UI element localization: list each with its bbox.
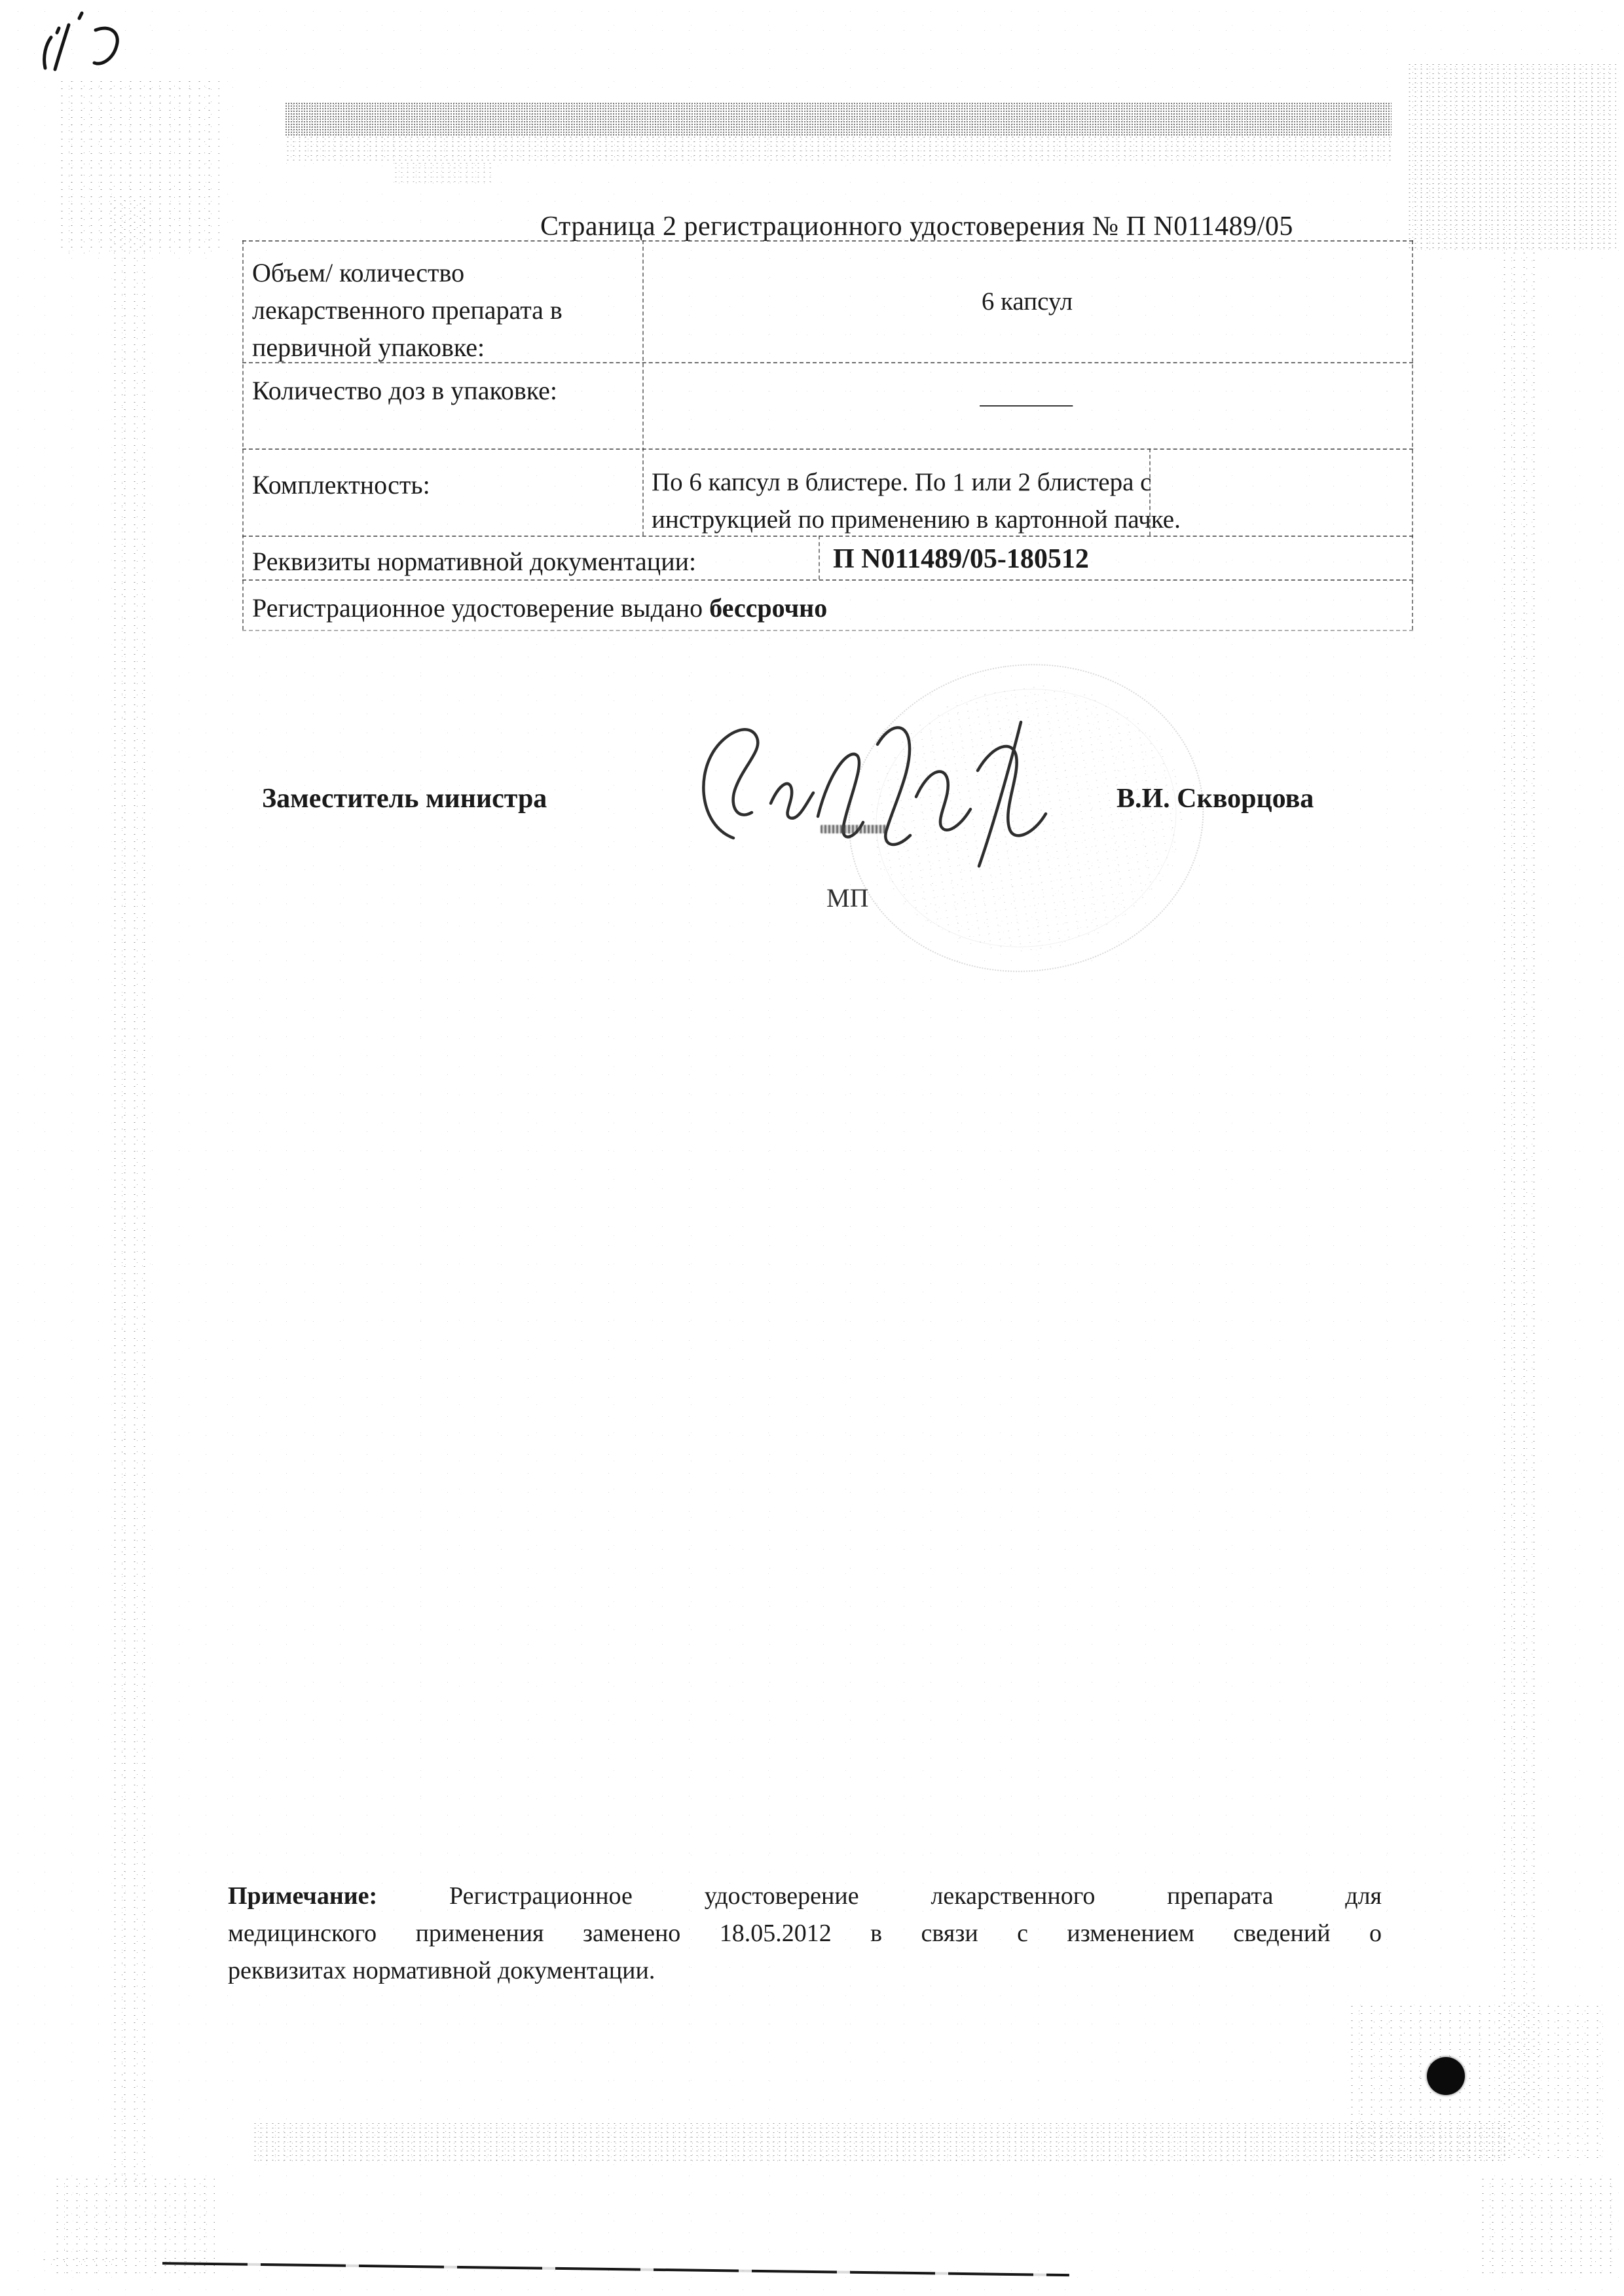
table-row-value: П N011489/05-180512 — [833, 541, 1089, 578]
table-border-line — [1412, 240, 1413, 630]
table-border-line — [242, 630, 1413, 631]
table-row-issued-line: Регистрационное удостоверение выдано бес… — [252, 589, 827, 627]
table-row-label: Реквизиты нормативной документации: — [252, 543, 696, 580]
border-ornament-top-band — [285, 102, 1392, 136]
table-border-line — [819, 536, 820, 579]
certificate-scan-page: Страница 2 регистрационного удостоверени… — [0, 0, 1624, 2296]
note-text: Регистрационное удостоверение лекарствен… — [449, 1882, 1382, 1910]
border-ornament-top-right — [1407, 62, 1616, 252]
table-row-label: лекарственного препарата в — [252, 291, 563, 329]
border-ornament-right-strip — [1498, 249, 1539, 2160]
illegible-micro-text — [821, 825, 886, 833]
issued-text: Регистрационное удостоверение выдано — [252, 593, 703, 623]
note-line: Примечание: Регистрационное удостоверени… — [228, 1878, 1382, 1914]
border-ornament-blob — [393, 161, 491, 185]
handwritten-mark — [16, 5, 147, 77]
stamp-place-mark: МП — [826, 883, 868, 913]
note-label: Примечание: — [228, 1882, 377, 1910]
table-row-value-dash: — — [980, 385, 1006, 422]
table-row-label: Комплектность: — [252, 466, 430, 503]
border-ornament-bottom-band — [252, 2121, 1506, 2162]
signature-scribble — [678, 704, 1103, 881]
border-ornament-top-band-soft — [285, 135, 1392, 162]
table-row-label: первичной упаковке: — [252, 329, 485, 366]
signer-name: В.И. Скворцова — [1116, 783, 1314, 814]
table-border-line — [242, 240, 244, 630]
ink-dot — [1427, 2057, 1465, 2095]
note-line: реквизитах нормативной документации. — [228, 1952, 1382, 1989]
table-row-value: По 6 капсул в блистере. По 1 или 2 блист… — [652, 464, 1151, 501]
signer-title: Заместитель министра — [262, 783, 547, 814]
table-row-label: Количество доз в упаковке: — [252, 372, 557, 409]
ink-dot-noise-halo — [1346, 2002, 1604, 2162]
table-row-label: Объем/ количество — [252, 254, 464, 291]
border-ornament-left-strip — [109, 196, 147, 2187]
table-border-line — [242, 448, 1413, 450]
note-line: медицинского применения заменено 18.05.2… — [228, 1915, 1382, 1952]
table-border-line — [242, 240, 1413, 242]
page-title: Страница 2 регистрационного удостоверени… — [540, 211, 1293, 242]
issued-term: бессрочно — [709, 593, 827, 623]
border-ornament-bottom-right — [1477, 2175, 1617, 2273]
table-row-value: инструкцией по применению в картонной па… — [652, 501, 1181, 538]
dash-placeholder: — — [980, 385, 1072, 422]
scan-noise-fragment — [38, 2255, 123, 2266]
table-row-value: 6 капсул — [642, 283, 1412, 320]
